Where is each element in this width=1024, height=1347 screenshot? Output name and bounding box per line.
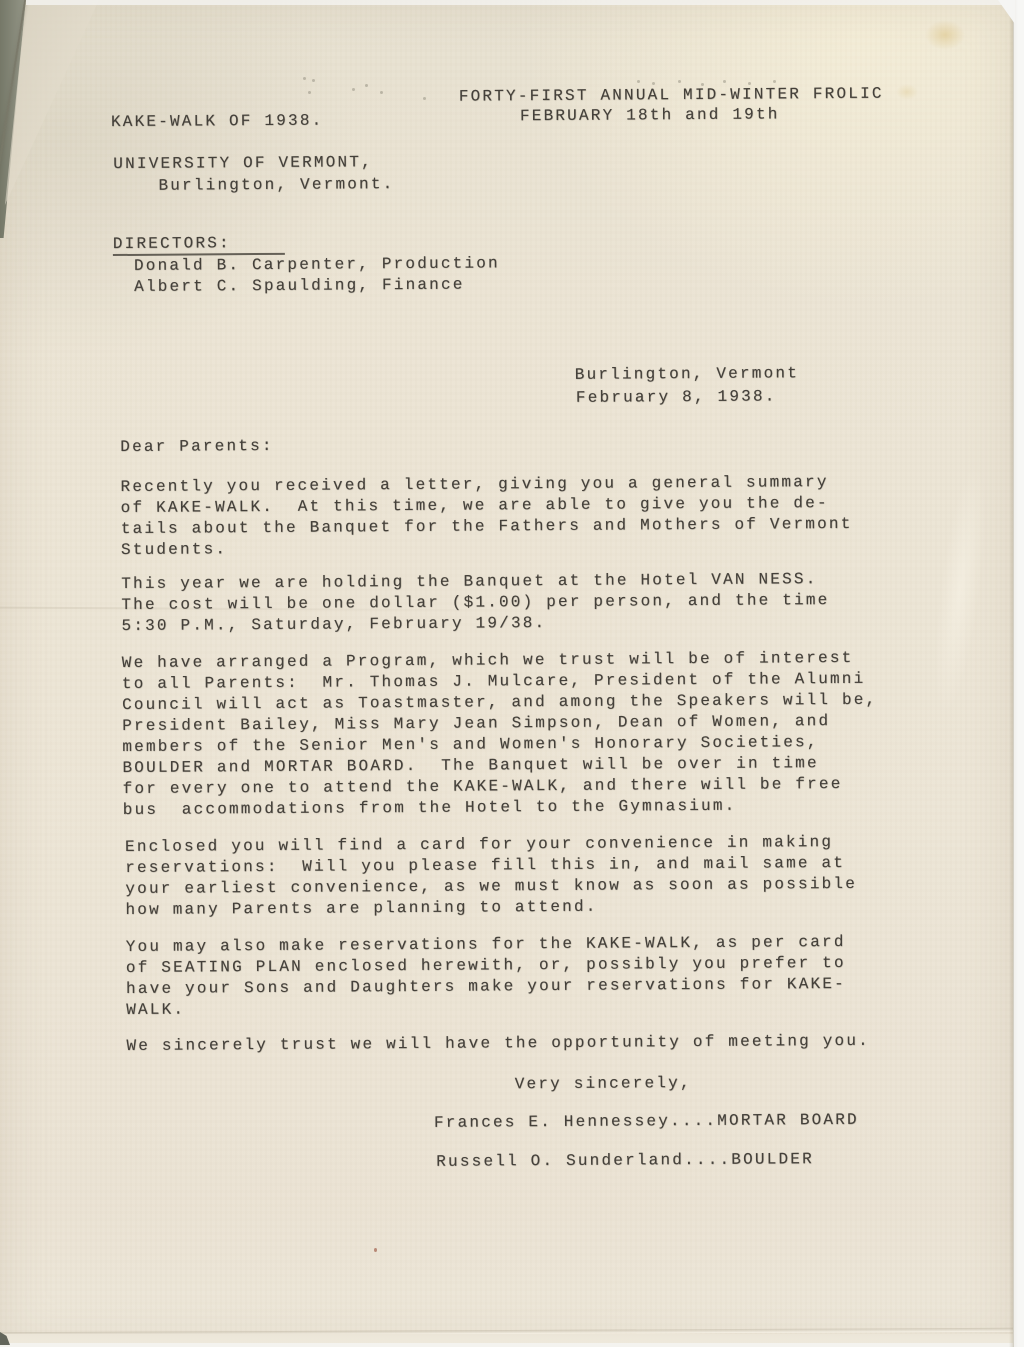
body-paragraph-3: We have arranged a Program, which we tru… (122, 648, 878, 821)
scanned-letter: FORTY-FIRST ANNUAL MID-WINTER FROLIC FEB… (0, 0, 1024, 1347)
directors-heading: DIRECTORS: (113, 233, 285, 256)
body-paragraph-4: Enclosed you will find a card for your c… (125, 832, 857, 921)
body-paragraph-2: This year we are holding the Banquet at … (121, 569, 830, 637)
body-paragraph-6: We sincerely trust we will have the oppo… (126, 1031, 870, 1057)
body-paragraph-1: Recently you received a letter, giving y… (120, 472, 852, 561)
letter-content: FORTY-FIRST ANNUAL MID-WINTER FROLIC FEB… (0, 0, 1024, 1347)
director-finance: Albert C. Spaulding, Finance (134, 275, 465, 298)
institution-name: UNIVERSITY OF VERMONT, (113, 152, 373, 175)
signature-boulder: Russell O. Sunderland....BOULDER (436, 1149, 814, 1173)
dateline-place: Burlington, Vermont (575, 363, 799, 386)
valediction: Very sincerely, (515, 1073, 692, 1095)
body-paragraph-5: You may also make reservations for the K… (126, 932, 846, 1021)
institution-city: Burlington, Vermont. (158, 174, 394, 197)
director-production: Donald B. Carpenter, Production (134, 253, 500, 277)
letter-title: KAKE-WALK OF 1938. (111, 111, 324, 133)
salutation: Dear Parents: (120, 436, 274, 458)
event-title: FORTY-FIRST ANNUAL MID-WINTER FROLIC (459, 84, 884, 108)
dateline-date: February 8, 1938. (576, 386, 777, 408)
event-dates: FEBRUARY 18th and 19th (520, 104, 780, 127)
signature-mortar-board: Frances E. Hennessey....MORTAR BOARD (434, 1110, 859, 1134)
